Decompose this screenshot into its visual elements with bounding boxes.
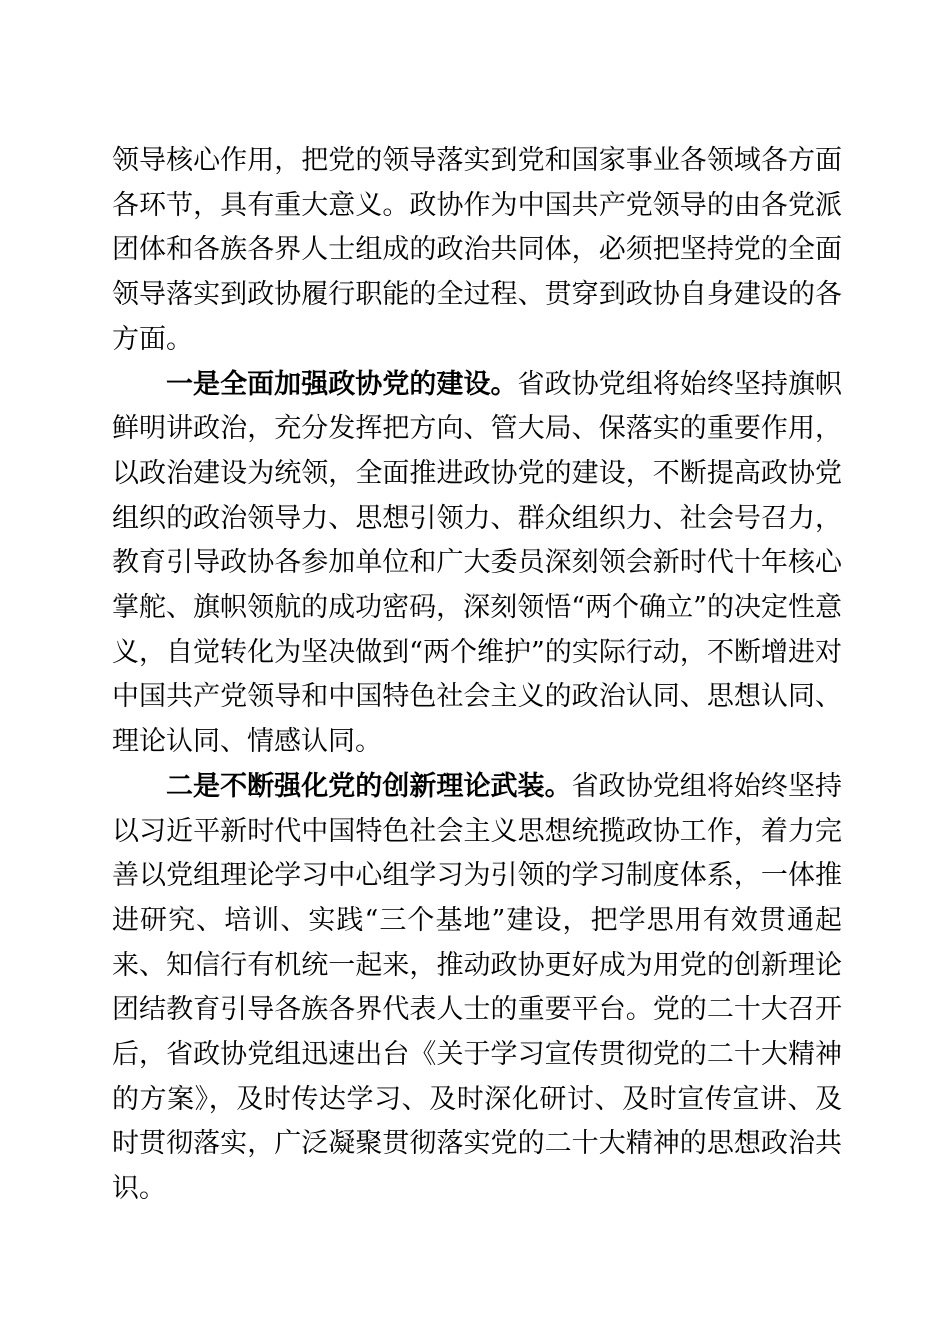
- paragraph-point-two: 二是不断强化党的创新理论武装。省政协党组将始终坚持以习近平新时代中国特色社会主义…: [112, 765, 842, 1212]
- paragraph-lead-bold: 一是全面加强政协党的建设。: [166, 369, 518, 400]
- paragraph-lead-bold: 二是不断强化党的创新理论武装。: [166, 771, 572, 802]
- paragraph-text: 领导核心作用，把党的领导落实到党和国家事业各领域各方面各环节，具有重大意义。政协…: [112, 145, 842, 355]
- document-page: 领导核心作用，把党的领导落实到党和国家事业各领域各方面各环节，具有重大意义。政协…: [0, 0, 950, 1344]
- paragraph-text: 省政协党组将始终坚持旗帜鲜明讲政治，充分发挥把方向、管大局、保落实的重要作用，以…: [112, 369, 842, 758]
- paragraph-text: 省政协党组将始终坚持以习近平新时代中国特色社会主义思想统揽政协工作，着力完善以党…: [112, 771, 842, 1204]
- paragraph-continuation: 领导核心作用，把党的领导落实到党和国家事业各领域各方面各环节，具有重大意义。政协…: [112, 139, 842, 363]
- paragraph-point-one: 一是全面加强政协党的建设。省政协党组将始终坚持旗帜鲜明讲政治，充分发挥把方向、管…: [112, 363, 842, 765]
